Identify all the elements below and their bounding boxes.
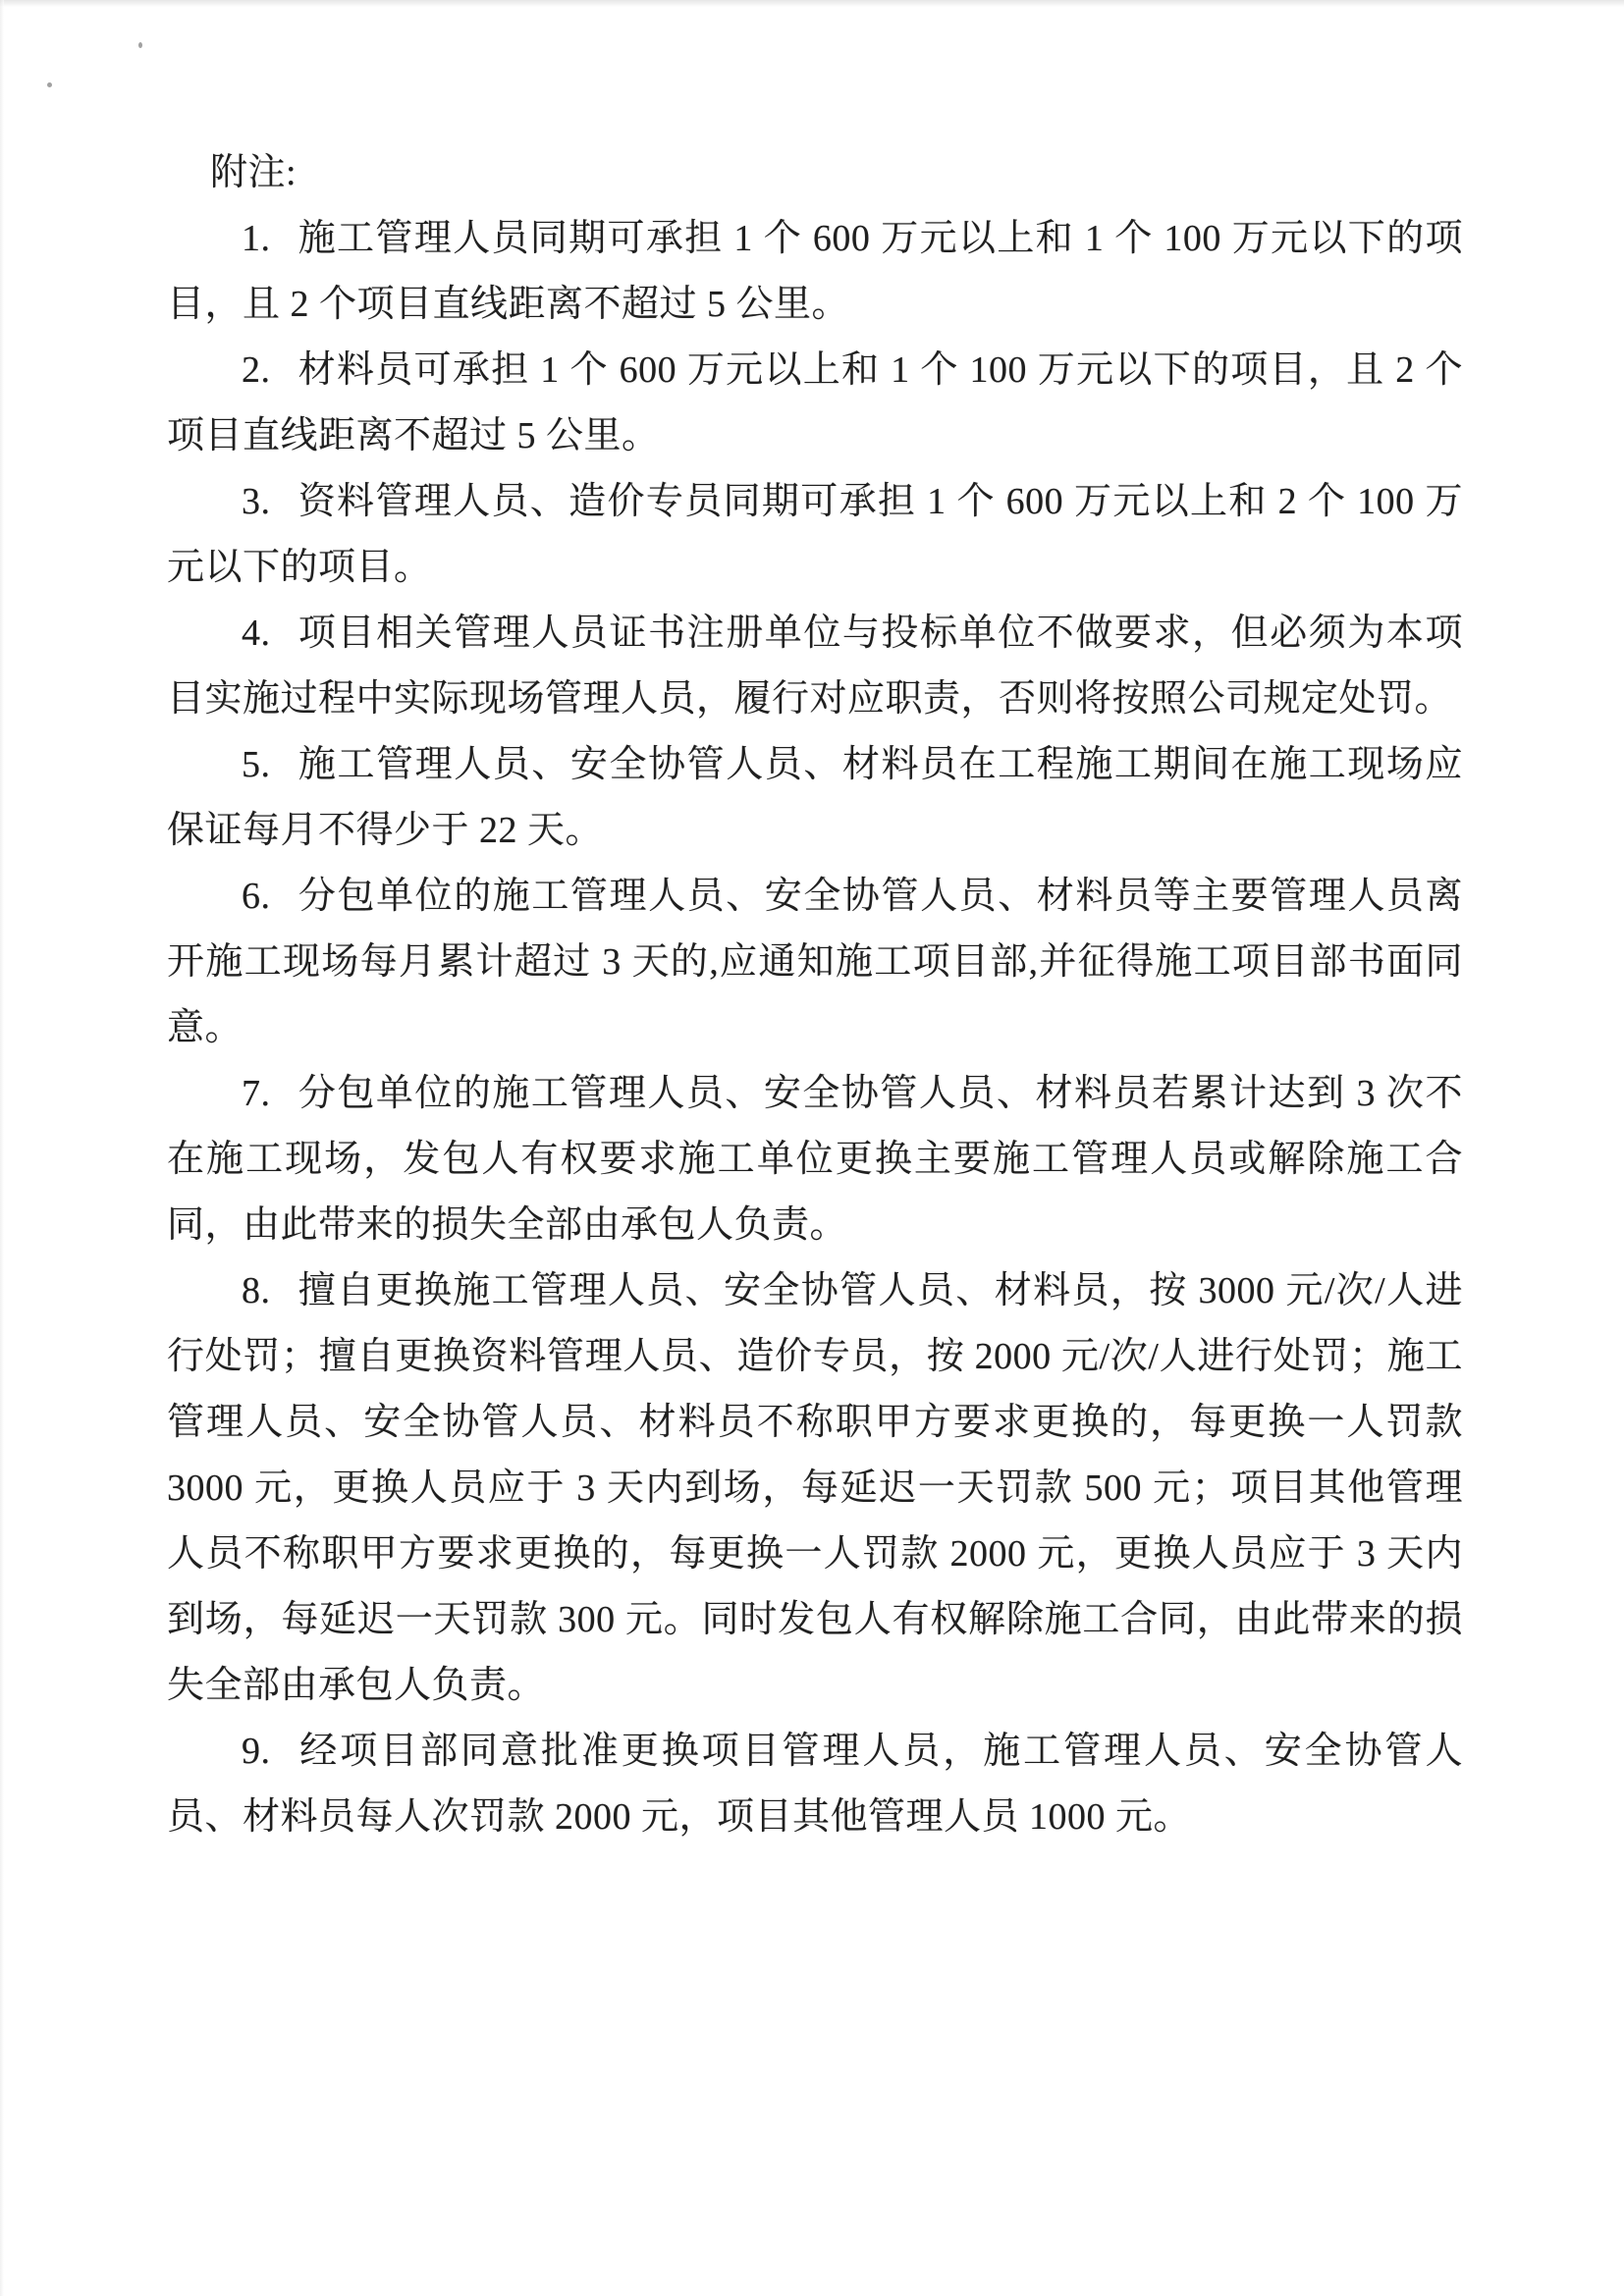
note-number: 5. — [242, 744, 271, 785]
note-text: 施工管理人员、安全协管人员、材料员在工程施工期间在施工现场应保证每月不得少于 2… — [167, 744, 1463, 851]
note-number: 2. — [242, 349, 271, 391]
note-number: 9. — [242, 1731, 271, 1772]
note-number: 1. — [242, 218, 271, 259]
notes-heading: 附注: — [167, 140, 1463, 206]
note-item-4: 4.项目相关管理人员证书注册单位与投标单位不做要求，但必须为本项目实施过程中实际… — [167, 601, 1463, 732]
note-text: 擅自更换施工管理人员、安全协管人员、材料员，按 3000 元/次/人进行处罚；擅… — [167, 1270, 1463, 1706]
note-text: 分包单位的施工管理人员、安全协管人员、材料员若累计达到 3 次不在施工现场，发包… — [167, 1073, 1463, 1246]
note-number: 4. — [242, 613, 271, 654]
note-item-3: 3.资料管理人员、造价专员同期可承担 1 个 600 万元以上和 2 个 100… — [167, 469, 1463, 601]
scan-speck-artifact — [138, 42, 142, 48]
note-item-1: 1.施工管理人员同期可承担 1 个 600 万元以上和 1 个 100 万元以下… — [167, 206, 1463, 338]
note-text: 施工管理人员同期可承担 1 个 600 万元以上和 1 个 100 万元以下的项… — [167, 218, 1463, 325]
note-item-5: 5.施工管理人员、安全协管人员、材料员在工程施工期间在施工现场应保证每月不得少于… — [167, 732, 1463, 864]
note-text: 分包单位的施工管理人员、安全协管人员、材料员等主要管理人员离开施工现场每月累计超… — [167, 876, 1463, 1048]
note-number: 7. — [242, 1073, 271, 1114]
note-item-2: 2.材料员可承担 1 个 600 万元以上和 1 个 100 万元以下的项目，且… — [167, 338, 1463, 469]
note-number: 8. — [242, 1270, 271, 1311]
note-item-9: 9.经项目部同意批准更换项目管理人员，施工管理人员、安全协管人员、材料员每人次罚… — [167, 1719, 1463, 1850]
note-item-6: 6.分包单位的施工管理人员、安全协管人员、材料员等主要管理人员离开施工现场每月累… — [167, 864, 1463, 1061]
note-text: 经项目部同意批准更换项目管理人员，施工管理人员、安全协管人员、材料员每人次罚款 … — [167, 1731, 1463, 1838]
note-text: 材料员可承担 1 个 600 万元以上和 1 个 100 万元以下的项目，且 2… — [167, 349, 1463, 456]
note-text: 项目相关管理人员证书注册单位与投标单位不做要求，但必须为本项目实施过程中实际现场… — [167, 613, 1463, 720]
scanned-document-page: 附注: 1.施工管理人员同期可承担 1 个 600 万元以上和 1 个 100 … — [0, 0, 1624, 2296]
note-text: 资料管理人员、造价专员同期可承担 1 个 600 万元以上和 2 个 100 万… — [167, 481, 1463, 588]
scan-speck-artifact — [47, 82, 52, 87]
scan-top-edge-artifact — [0, 0, 1624, 7]
note-number: 3. — [242, 481, 271, 522]
note-item-8: 8.擅自更换施工管理人员、安全协管人员、材料员，按 3000 元/次/人进行处罚… — [167, 1258, 1463, 1719]
scan-left-edge-artifact — [0, 0, 4, 2296]
document-text-block: 附注: 1.施工管理人员同期可承担 1 个 600 万元以上和 1 个 100 … — [167, 140, 1463, 1850]
note-number: 6. — [242, 876, 271, 917]
note-item-7: 7.分包单位的施工管理人员、安全协管人员、材料员若累计达到 3 次不在施工现场，… — [167, 1061, 1463, 1258]
